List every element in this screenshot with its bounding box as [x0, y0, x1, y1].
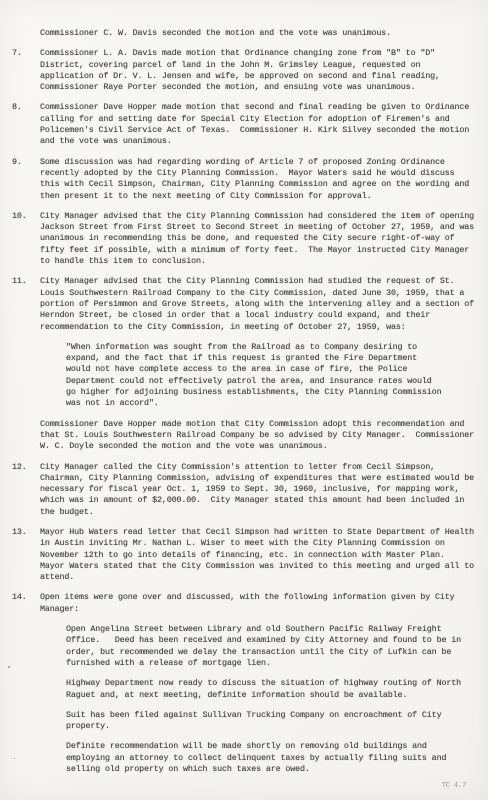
- item-number: 13.: [12, 527, 40, 538]
- item-text: Some discussion was had regarding wordin…: [40, 157, 474, 211]
- item-text: City Manager called the City Commission'…: [40, 462, 474, 527]
- minutes-item: 9.Some discussion was had regarding word…: [12, 157, 474, 211]
- minutes-item: 13.Mayor Hub Waters read letter that Cec…: [12, 527, 474, 592]
- item-number: 9.: [12, 157, 40, 168]
- paragraph-sub: Definite recommendation will be made sho…: [66, 741, 474, 775]
- minutes-item: 14.Open items were gone over and discuss…: [12, 592, 474, 784]
- item-number: 14.: [12, 592, 40, 603]
- minutes-item: 10.City Manager advised that the City Pl…: [12, 211, 474, 276]
- item-number: 7.: [12, 48, 40, 59]
- paragraph-sub: Highway Department now ready to discuss …: [66, 678, 474, 701]
- paragraph-body: Mayor Hub Waters read letter that Cecil …: [40, 527, 474, 583]
- item-text: City Manager advised that the City Plann…: [40, 276, 474, 461]
- item-text: Open items were gone over and discussed,…: [40, 592, 474, 784]
- scan-speckle: [13, 758, 15, 760]
- paragraph-body: City Manager advised that the City Plann…: [40, 276, 474, 332]
- typed-text-block: Commissioner C. W. Davis seconded the mo…: [12, 28, 474, 784]
- paragraph-sub: Suit has been filed against Sullivan Tru…: [66, 710, 474, 733]
- item-text: Commissioner L. A. Davis made motion tha…: [40, 48, 474, 102]
- paragraph-body: Commissioner C. W. Davis seconded the mo…: [40, 28, 474, 39]
- minutes-item: 12.City Manager called the City Commissi…: [12, 462, 474, 527]
- item-number: 10.: [12, 211, 40, 222]
- paragraph-quote: "When information was sought from the Ra…: [66, 342, 442, 410]
- item-number: 8.: [12, 102, 40, 113]
- paragraph-body: City Manager called the City Commission'…: [40, 462, 474, 518]
- item-number: 11.: [12, 276, 40, 287]
- item-text: Mayor Hub Waters read letter that Cecil …: [40, 527, 474, 592]
- minutes-item: 7.Commissioner L. A. Davis made motion t…: [12, 48, 474, 102]
- paragraph-body: Commissioner Dave Hopper made motion tha…: [40, 102, 474, 147]
- scan-speckle: [8, 666, 10, 668]
- item-number: 12.: [12, 462, 40, 473]
- paragraph-body: Commissioner Dave Hopper made motion tha…: [40, 419, 474, 453]
- paragraph-body: Commissioner L. A. Davis made motion tha…: [40, 48, 474, 93]
- paragraph-body: Open items were gone over and discussed,…: [40, 592, 474, 615]
- paragraph-sub: Open Angelina Street between Library and…: [66, 624, 474, 669]
- item-text: Commissioner C. W. Davis seconded the mo…: [40, 28, 474, 48]
- paragraph-body: Some discussion was had regarding wordin…: [40, 157, 474, 202]
- item-text: Commissioner Dave Hopper made motion tha…: [40, 102, 474, 156]
- continuation-paragraph: Commissioner C. W. Davis seconded the mo…: [12, 28, 474, 48]
- item-text: City Manager advised that the City Plann…: [40, 211, 474, 276]
- minutes-item: 11.City Manager advised that the City Pl…: [12, 276, 474, 461]
- paragraph-body: City Manager advised that the City Plann…: [40, 211, 474, 267]
- footer-reference-mark: TC 4.7: [442, 781, 466, 792]
- scanned-minutes-page: Commissioner C. W. Davis seconded the mo…: [0, 0, 488, 800]
- minutes-item: 8.Commissioner Dave Hopper made motion t…: [12, 102, 474, 156]
